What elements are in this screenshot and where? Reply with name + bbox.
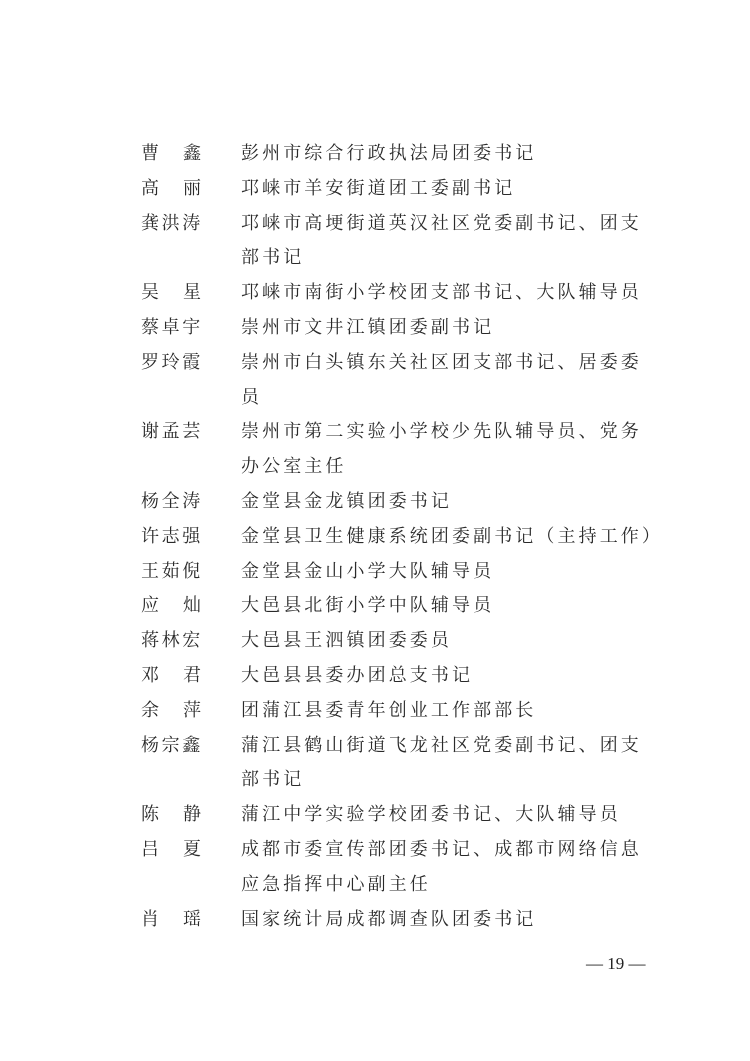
name-char: 曹: [141, 137, 183, 172]
person-name: 高丽: [141, 172, 241, 207]
person-title: 蒲江中学实验学校团委书记、大队辅导员: [241, 798, 661, 833]
person-name: 杨全涛: [141, 485, 241, 520]
person-title: 邛崃市羊安街道团工委副书记: [241, 172, 661, 207]
person-name: 蔡卓宇: [141, 311, 241, 346]
person-name: 王茹倪: [141, 555, 241, 590]
name-char: 丽: [183, 172, 201, 207]
list-item: 肖瑶 国家统计局成都调查队团委书记: [141, 903, 661, 938]
person-title: 金堂县卫生健康系统团委副书记（主持工作）: [241, 520, 661, 555]
list-item: 应灿 大邑县北街小学中队辅导员: [141, 589, 661, 624]
list-item: 陈静 蒲江中学实验学校团委书记、大队辅导员: [141, 798, 661, 833]
person-name: 许志强: [141, 520, 241, 555]
name-char: 高: [141, 172, 183, 207]
person-title: 崇州市白头镇东关社区团支部书记、居委委员: [241, 346, 661, 416]
list-item: 吴星 邛崃市南街小学校团支部书记、大队辅导员: [141, 276, 661, 311]
person-name: 肖瑶: [141, 903, 241, 938]
list-item: 许志强 金堂县卫生健康系统团委副书记（主持工作）: [141, 520, 661, 555]
name-char: 吴: [141, 276, 183, 311]
person-name: 吴星: [141, 276, 241, 311]
person-name: 曹鑫: [141, 137, 241, 172]
person-name: 吕夏: [141, 833, 241, 868]
person-title: 金堂县金龙镇团委书记: [241, 485, 661, 520]
person-title: 彭州市综合行政执法局团委书记: [241, 137, 661, 172]
list-item: 杨宗鑫 蒲江县鹤山街道飞龙社区党委副书记、团支部书记: [141, 729, 661, 799]
person-name: 蒋林宏: [141, 624, 241, 659]
person-name: 杨宗鑫: [141, 729, 241, 764]
person-title: 团蒲江县委青年创业工作部部长: [241, 694, 661, 729]
person-title: 金堂县金山小学大队辅导员: [241, 555, 661, 590]
person-title: 崇州市第二实验小学校少先队辅导员、党务办公室主任: [241, 415, 661, 485]
list-item: 王茹倪 金堂县金山小学大队辅导员: [141, 555, 661, 590]
list-item: 杨全涛 金堂县金龙镇团委书记: [141, 485, 661, 520]
list-item: 谢孟芸 崇州市第二实验小学校少先队辅导员、党务办公室主任: [141, 415, 661, 485]
page-number: — 19 —: [586, 954, 646, 974]
name-char: 瑶: [183, 903, 201, 938]
list-item: 蔡卓宇 崇州市文井江镇团委副书记: [141, 311, 661, 346]
person-title: 大邑县北街小学中队辅导员: [241, 589, 661, 624]
person-name: 邓君: [141, 659, 241, 694]
name-char: 灿: [183, 589, 201, 624]
name-char: 星: [183, 276, 201, 311]
person-title: 蒲江县鹤山街道飞龙社区党委副书记、团支部书记: [241, 729, 661, 799]
person-title: 邛崃市南街小学校团支部书记、大队辅导员: [241, 276, 661, 311]
list-item: 余萍 团蒲江县委青年创业工作部部长: [141, 694, 661, 729]
list-item: 邓君 大邑县县委办团总支书记: [141, 659, 661, 694]
list-item: 蒋林宏 大邑县王泗镇团委委员: [141, 624, 661, 659]
person-name: 龚洪涛: [141, 207, 241, 242]
name-char: 应: [141, 589, 183, 624]
name-char: 余: [141, 694, 183, 729]
list-item: 高丽 邛崃市羊安街道团工委副书记: [141, 172, 661, 207]
person-name: 余萍: [141, 694, 241, 729]
document-page: 曹鑫 彭州市综合行政执法局团委书记 高丽 邛崃市羊安街道团工委副书记 龚洪涛 邛…: [0, 0, 750, 1061]
list-item: 龚洪涛 邛崃市高埂街道英汉社区党委副书记、团支部书记: [141, 207, 661, 277]
person-name: 罗玲霞: [141, 346, 241, 381]
name-char: 吕: [141, 833, 183, 868]
list-item: 曹鑫 彭州市综合行政执法局团委书记: [141, 137, 661, 172]
person-title: 大邑县县委办团总支书记: [241, 659, 661, 694]
person-name: 陈静: [141, 798, 241, 833]
person-title: 大邑县王泗镇团委委员: [241, 624, 661, 659]
name-char: 君: [183, 659, 201, 694]
name-char: 萍: [183, 694, 201, 729]
name-char: 陈: [141, 798, 183, 833]
person-name: 应灿: [141, 589, 241, 624]
person-title: 国家统计局成都调查队团委书记: [241, 903, 661, 938]
person-name: 谢孟芸: [141, 415, 241, 450]
name-char: 夏: [183, 833, 201, 868]
name-char: 邓: [141, 659, 183, 694]
list-item: 吕夏 成都市委宣传部团委书记、成都市网络信息应急指挥中心副主任: [141, 833, 661, 903]
name-char: 肖: [141, 903, 183, 938]
honoree-list: 曹鑫 彭州市综合行政执法局团委书记 高丽 邛崃市羊安街道团工委副书记 龚洪涛 邛…: [141, 137, 661, 937]
person-title: 邛崃市高埂街道英汉社区党委副书记、团支部书记: [241, 207, 661, 277]
list-item: 罗玲霞 崇州市白头镇东关社区团支部书记、居委委员: [141, 346, 661, 416]
name-char: 静: [183, 798, 201, 833]
person-title: 成都市委宣传部团委书记、成都市网络信息应急指挥中心副主任: [241, 833, 661, 903]
person-title: 崇州市文井江镇团委副书记: [241, 311, 661, 346]
name-char: 鑫: [183, 137, 201, 172]
